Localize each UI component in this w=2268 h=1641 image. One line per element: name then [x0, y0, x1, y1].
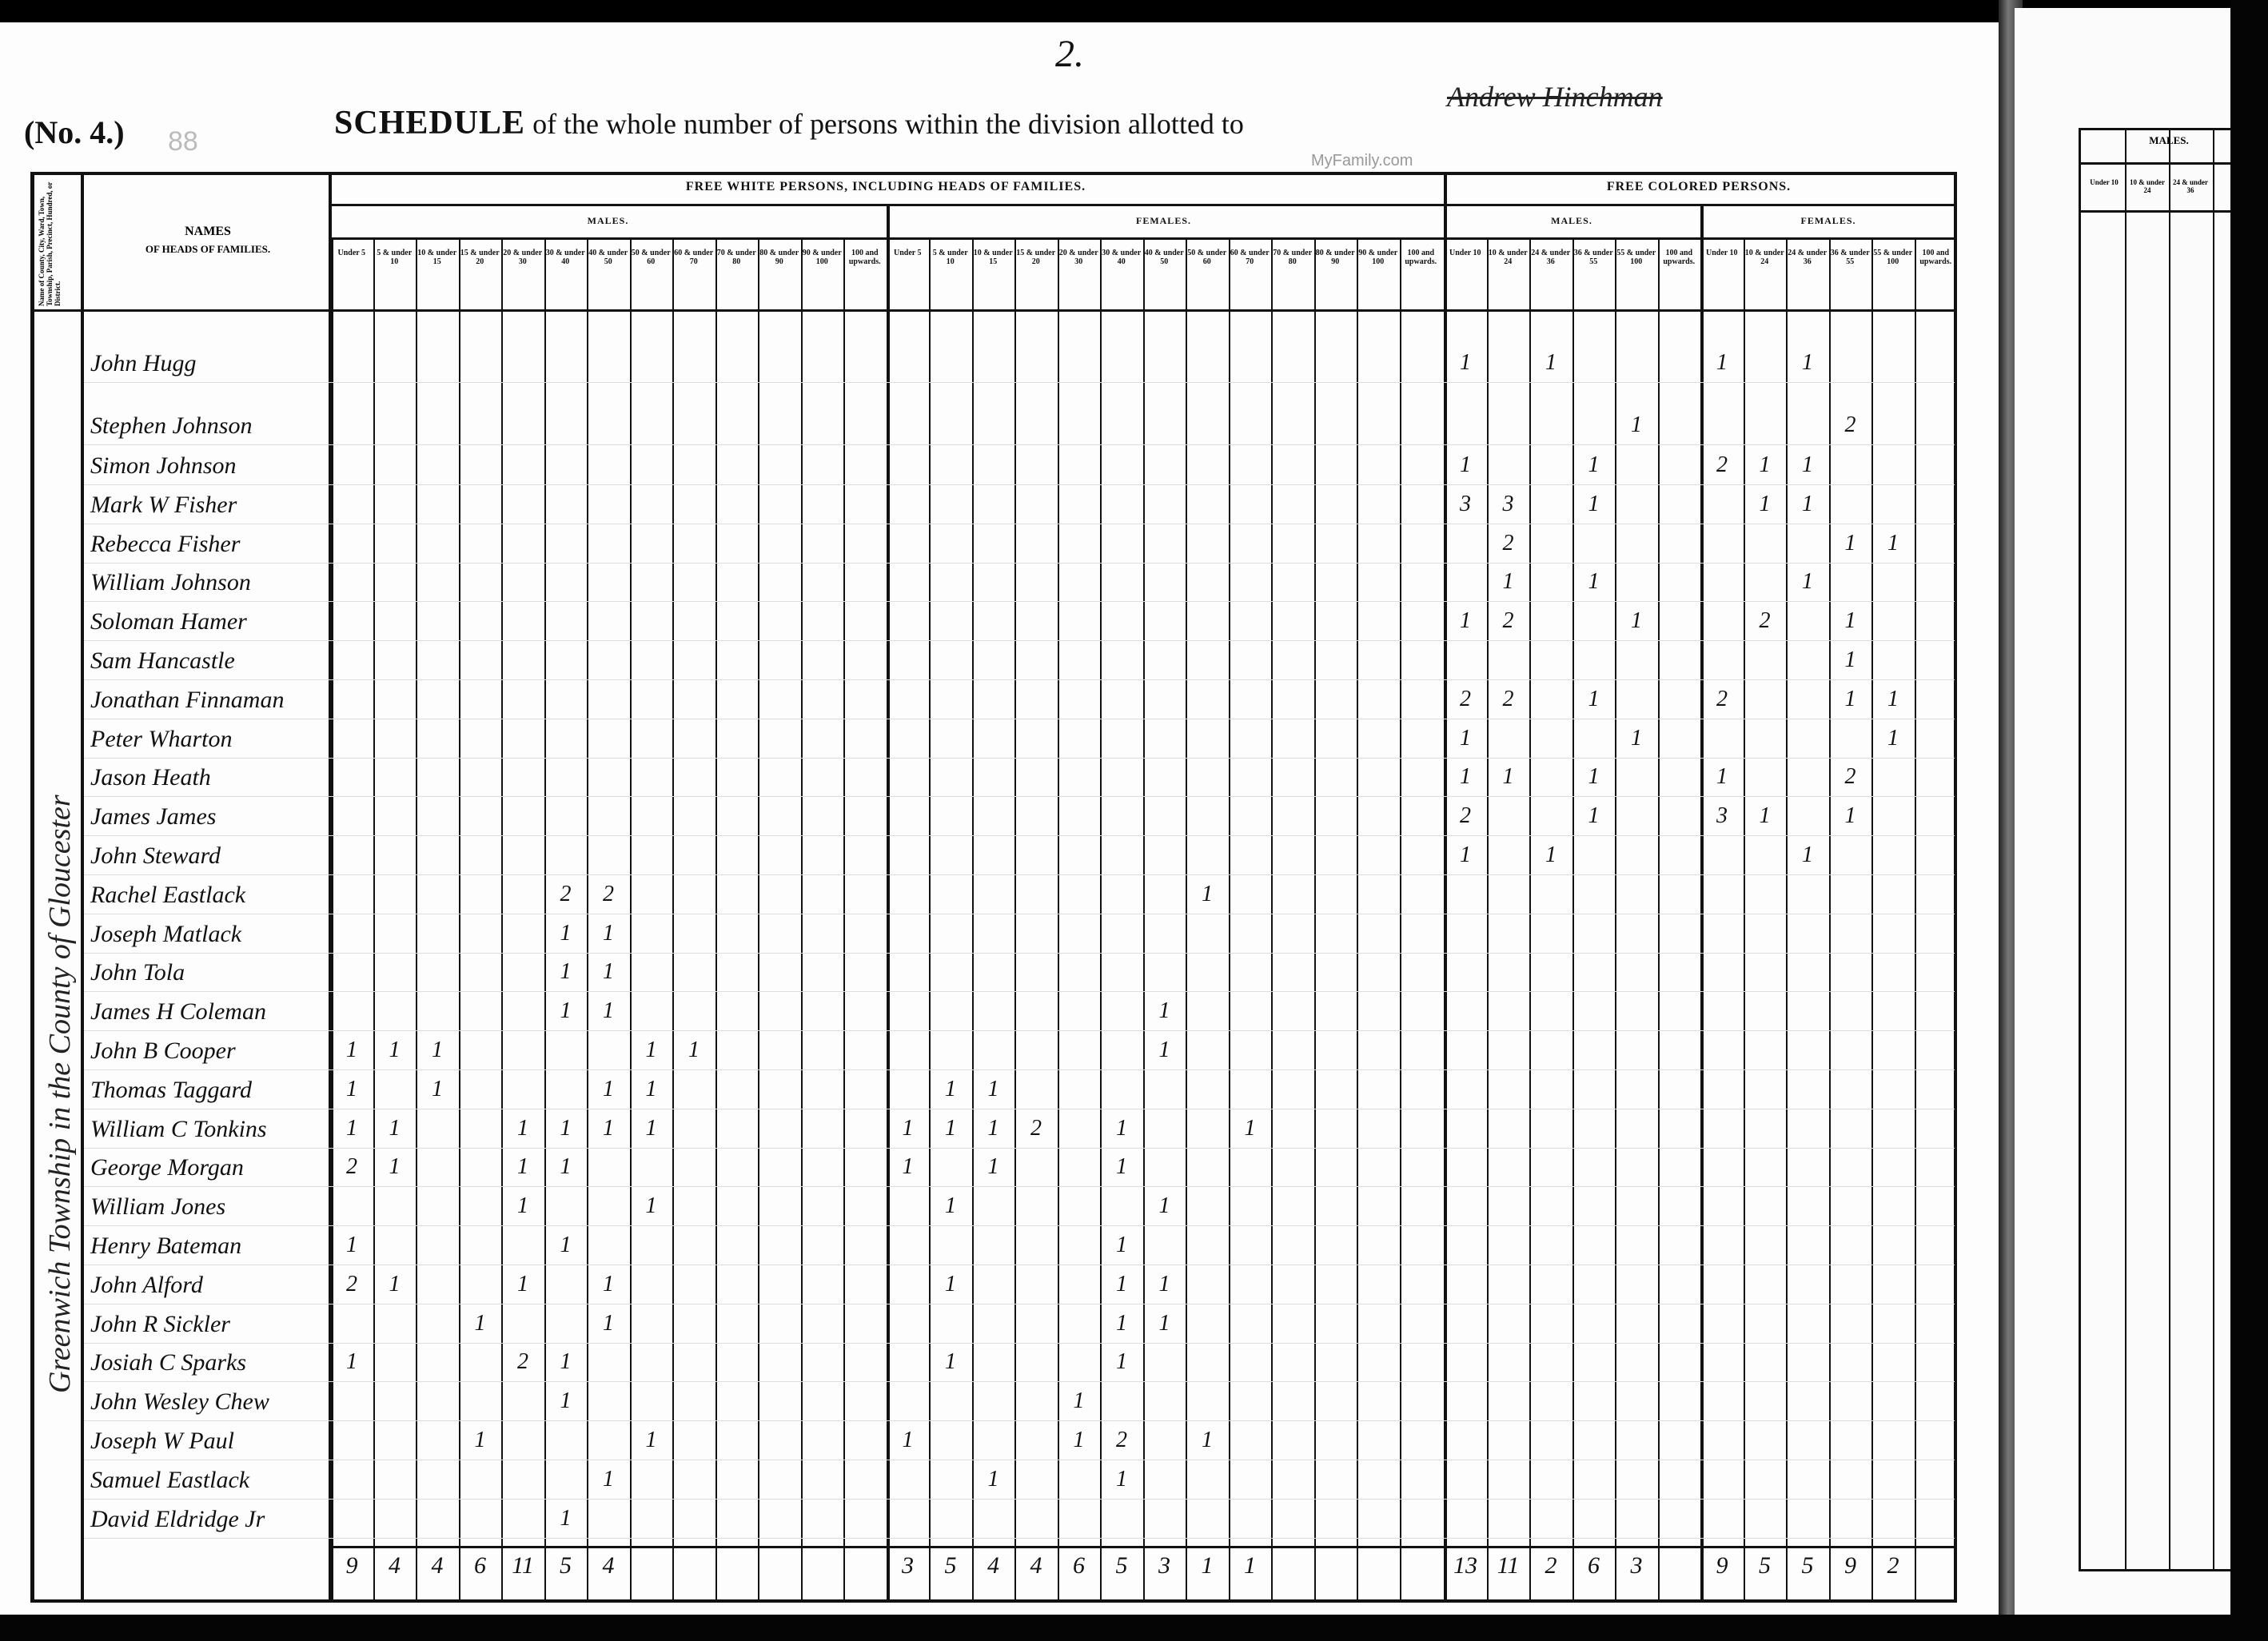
age-column-header: 100 and upwards. [1401, 249, 1441, 266]
column-line [672, 237, 674, 1599]
column-line [1314, 237, 1316, 1599]
free-colored-header: FREE COLORED PERSONS. [1443, 180, 1955, 194]
tally-cell: 1 [1145, 1193, 1185, 1219]
head-of-family-name: Joseph Matlack [90, 921, 241, 948]
colored-females-header: FEMALES. [1700, 215, 1956, 227]
tally-cell: 2 [1831, 412, 1871, 438]
tally-cell: 2 [1016, 1116, 1056, 1141]
tally-cell: 1 [546, 959, 586, 985]
tally-cell: 1 [1445, 842, 1485, 868]
tally-cell: 1 [546, 1388, 586, 1414]
tally-cell: 1 [632, 1116, 672, 1141]
age-column-header: 80 & under 90 [1316, 249, 1356, 266]
tally-cell: 1 [1831, 531, 1871, 556]
age-column-header: 5 & under 10 [375, 249, 415, 266]
row-rule [84, 640, 1955, 641]
tally-cell: 1 [632, 1077, 672, 1102]
tally-cell: 1 [1745, 492, 1785, 517]
column-line [758, 237, 759, 1599]
tally-cell: 1 [1059, 1428, 1099, 1453]
tally-cell: 1 [1702, 350, 1742, 376]
head-of-family-name: William C Tonkins [90, 1116, 267, 1143]
age-column-header: Under 10 [1445, 249, 1485, 257]
age-column-header: 10 & under 15 [417, 249, 457, 266]
census-table: Name of County, City, Ward, Town, Townsh… [30, 172, 1957, 1603]
column-total: 6 [1574, 1552, 1614, 1579]
tally-cell: 1 [332, 1038, 372, 1063]
head-of-family-name: William Jones [90, 1193, 225, 1221]
age-column-header: 90 & under 100 [803, 249, 843, 266]
column-total: 5 [1788, 1552, 1828, 1579]
column-total: 1 [1230, 1552, 1270, 1579]
head-of-family-name: John R Sickler [90, 1311, 230, 1338]
tally-cell: 1 [1873, 531, 1913, 556]
row-rule [84, 874, 1955, 875]
column-line [416, 237, 417, 1599]
tally-cell: 1 [931, 1272, 971, 1297]
tally-cell: 1 [503, 1193, 543, 1219]
tally-cell: 1 [588, 1272, 628, 1297]
column-total: 4 [588, 1552, 628, 1579]
age-column-header: 80 & under 90 [759, 249, 799, 266]
row-rule [84, 1265, 1955, 1265]
age-column-header: 70 & under 80 [717, 249, 757, 266]
column-total: 4 [375, 1552, 415, 1579]
column-line [801, 237, 803, 1599]
tally-cell: 1 [417, 1038, 457, 1063]
tally-cell: 1 [888, 1116, 928, 1141]
tally-cell: 1 [332, 1077, 372, 1102]
tally-cell: 1 [1531, 350, 1571, 376]
row-rule [84, 796, 1955, 797]
row-rule [84, 1225, 1955, 1226]
column-total: 6 [1059, 1552, 1099, 1579]
tally-cell: 2 [1745, 608, 1785, 634]
adjacent-col-0: Under 10 [2084, 178, 2124, 186]
tally-cell: 1 [974, 1116, 1014, 1141]
head-of-family-name: Soloman Hamer [90, 608, 247, 635]
tally-cell: 1 [588, 1467, 628, 1492]
head-of-family-name: Rebecca Fisher [90, 531, 240, 558]
tally-cell: 1 [1445, 350, 1485, 376]
column-total: 3 [888, 1552, 928, 1579]
tally-cell: 1 [417, 1077, 457, 1102]
tally-cell: 1 [931, 1349, 971, 1375]
row-rule [84, 484, 1955, 485]
header-bottom-rule [34, 309, 1957, 312]
row-rule [84, 563, 1955, 564]
age-column-header: 100 and upwards. [845, 249, 885, 266]
tally-cell: 1 [931, 1077, 971, 1102]
age-column-header: 40 & under 50 [1145, 249, 1185, 266]
page-number: 2. [1055, 32, 1084, 76]
column-line [373, 237, 375, 1599]
age-column-header: 24 & under 36 [1531, 249, 1571, 266]
scan-border-bottom [0, 1615, 2268, 1641]
locality-column-header: Name of County, City, Ward, Town, Townsh… [38, 178, 79, 306]
tally-cell: 1 [888, 1428, 928, 1453]
age-column-header: 15 & under 20 [1016, 249, 1056, 266]
tally-cell: 1 [1873, 687, 1913, 712]
head-of-family-name: James H Coleman [90, 998, 266, 1026]
head-of-family-name: John Wesley Chew [90, 1388, 269, 1416]
tally-cell: 1 [1574, 764, 1614, 790]
free-white-header: FREE WHITE PERSONS, INCLUDING HEADS OF F… [330, 180, 1441, 194]
row-rule [84, 382, 1955, 383]
age-column-header: 50 & under 60 [632, 249, 672, 266]
tally-cell: 2 [1102, 1428, 1142, 1453]
tally-cell: 1 [1831, 608, 1871, 634]
row-rule [84, 758, 1955, 759]
row-rule [84, 1030, 1955, 1031]
tally-cell: 1 [503, 1154, 543, 1180]
tally-cell: 2 [332, 1154, 372, 1180]
age-column-header: 90 & under 100 [1358, 249, 1398, 266]
age-column-header: 20 & under 30 [1059, 249, 1099, 266]
tally-cell: 1 [1574, 492, 1614, 517]
age-column-header: 36 & under 55 [1574, 249, 1614, 266]
row-rule [84, 835, 1955, 836]
column-line [1529, 237, 1531, 1599]
column-line [843, 237, 845, 1599]
tally-cell: 1 [1102, 1116, 1142, 1141]
head-of-family-name: John Alford [90, 1272, 203, 1299]
age-column-header: 10 & under 15 [974, 249, 1014, 266]
column-total: 5 [931, 1552, 971, 1579]
names-header-line1: NAMES [84, 223, 332, 241]
tally-cell: 1 [332, 1116, 372, 1141]
head-of-family-name: Mark W Fisher [90, 492, 237, 519]
age-column-header: 10 & under 24 [1489, 249, 1529, 266]
tally-cell: 1 [546, 1233, 586, 1258]
tally-cell: 2 [1445, 687, 1485, 712]
tally-cell: 1 [375, 1038, 415, 1063]
head-of-family-name: Stephen Johnson [90, 412, 252, 440]
column-total: 4 [1016, 1552, 1056, 1579]
tally-cell: 1 [375, 1154, 415, 1180]
tally-cell: 1 [1616, 608, 1656, 634]
column-line [2213, 130, 2214, 1569]
age-column-header: 55 & under 100 [1616, 249, 1656, 266]
row-rule [84, 1499, 1955, 1500]
tally-cell: 1 [1702, 764, 1742, 790]
age-column-header: 50 & under 60 [1187, 249, 1227, 266]
age-column-header: Under 5 [332, 249, 372, 257]
tally-cell: 1 [1145, 1038, 1185, 1063]
form-number: (No. 4.) [24, 114, 125, 151]
tally-cell: 1 [1445, 764, 1485, 790]
column-total: 5 [546, 1552, 586, 1579]
head-of-family-name: Joseph W Paul [90, 1428, 234, 1455]
tally-cell: 1 [503, 1272, 543, 1297]
row-rule [84, 1109, 1955, 1109]
column-total: 5 [1102, 1552, 1142, 1579]
column-line [1615, 237, 1616, 1599]
tally-cell: 2 [332, 1272, 372, 1297]
tally-cell: 1 [1873, 726, 1913, 751]
adjacent-page: MALES. Under 10 10 & under 24 24 & under… [2015, 8, 2246, 1631]
tally-cell: 1 [974, 1077, 1014, 1102]
column-line [1572, 237, 1574, 1599]
tally-cell: 2 [1489, 531, 1529, 556]
age-column-header: 24 & under 36 [1788, 249, 1828, 266]
column-line [1186, 237, 1187, 1599]
tally-cell: 1 [588, 1311, 628, 1336]
row-rule [84, 719, 1955, 719]
tally-cell: 1 [1831, 647, 1871, 673]
tally-cell: 1 [1230, 1116, 1270, 1141]
tally-cell: 1 [1145, 1311, 1185, 1336]
tally-cell: 1 [546, 921, 586, 946]
row-rule [84, 1538, 1955, 1539]
row-rule [84, 444, 1955, 445]
tally-cell: 3 [1489, 492, 1529, 517]
head-of-family-name: John Tola [90, 959, 185, 986]
column-total: 11 [503, 1552, 543, 1579]
column-line [1229, 237, 1230, 1599]
tally-cell: 1 [588, 1116, 628, 1141]
head-of-family-name: Jason Heath [90, 764, 211, 791]
tally-cell: 1 [1489, 569, 1529, 595]
tally-cell: 1 [588, 998, 628, 1024]
head-of-family-name: William Johnson [90, 569, 251, 596]
row-rule [84, 953, 1955, 954]
tally-cell: 1 [1531, 842, 1571, 868]
tally-cell: 1 [888, 1154, 928, 1180]
totals-rule [330, 1546, 1957, 1548]
head-of-family-name: Henry Bateman [90, 1233, 241, 1260]
tally-cell: 1 [1745, 452, 1785, 478]
column-total: 11 [1489, 1552, 1529, 1579]
tally-cell: 2 [1831, 764, 1871, 790]
tally-cell: 2 [546, 882, 586, 907]
tally-cell: 1 [546, 1116, 586, 1141]
schedule-title-bold: SCHEDULE [334, 105, 525, 141]
column-line [1658, 237, 1660, 1599]
tally-cell: 1 [632, 1193, 672, 1219]
tally-cell: 1 [1574, 803, 1614, 829]
adjacent-col-2: 24 & under 36 [2170, 178, 2210, 194]
column-total: 2 [1873, 1552, 1913, 1579]
tally-cell: 3 [1702, 803, 1742, 829]
tally-cell: 1 [332, 1349, 372, 1375]
adjacent-col-1: 10 & under 24 [2127, 178, 2167, 194]
column-total: 9 [1831, 1552, 1871, 1579]
column-line [501, 237, 503, 1599]
age-column-header: 15 & under 20 [460, 249, 500, 266]
names-header-line2: OF HEADS OF FAMILIES. [84, 241, 332, 258]
tally-cell: 1 [588, 959, 628, 985]
column-line [2125, 130, 2126, 1569]
tally-cell: 1 [1445, 726, 1485, 751]
column-total: 3 [1616, 1552, 1656, 1579]
age-column-header: 30 & under 40 [546, 249, 586, 266]
tally-cell: 2 [1489, 687, 1529, 712]
tally-cell: 1 [1102, 1154, 1142, 1180]
age-column-header: 20 & under 30 [503, 249, 543, 266]
age-column-header: 100 and upwards. [1660, 249, 1700, 266]
tally-cell: 1 [460, 1428, 500, 1453]
row-rule [84, 1343, 1955, 1344]
tally-cell: 1 [375, 1116, 415, 1141]
head-of-family-name: Rachel Eastlack [90, 882, 245, 909]
column-total: 4 [417, 1552, 457, 1579]
tally-cell: 1 [588, 1077, 628, 1102]
tally-cell: 1 [1745, 803, 1785, 829]
tally-cell: 1 [1616, 726, 1656, 751]
column-line [1357, 237, 1358, 1599]
tally-cell: 1 [546, 998, 586, 1024]
tally-cell: 1 [1574, 687, 1614, 712]
row-rule [84, 1381, 1955, 1382]
column-total: 13 [1445, 1552, 1485, 1579]
age-column-header: 30 & under 40 [1102, 249, 1142, 266]
row-rule [84, 1304, 1955, 1304]
column-line [1915, 237, 1916, 1599]
tally-cell: 1 [1788, 452, 1828, 478]
row-rule [84, 524, 1955, 524]
tally-cell: 1 [1059, 1388, 1099, 1414]
column-total: 1 [1187, 1552, 1227, 1579]
tally-cell: 1 [1102, 1467, 1142, 1492]
column-line [1700, 204, 1704, 1599]
column-line [1014, 237, 1016, 1599]
tally-cell: 1 [1831, 803, 1871, 829]
row-rule [84, 1186, 1955, 1187]
tally-cell: 1 [588, 921, 628, 946]
age-column-header: 60 & under 70 [674, 249, 714, 266]
tally-cell: 1 [1102, 1233, 1142, 1258]
column-line [1143, 237, 1145, 1599]
row-rule [84, 1460, 1955, 1460]
column-line [1829, 237, 1831, 1599]
tally-cell: 1 [546, 1349, 586, 1375]
tally-cell: 1 [1102, 1272, 1142, 1297]
row-rule [84, 679, 1955, 680]
column-line [459, 237, 460, 1599]
tally-cell: 2 [503, 1349, 543, 1375]
divider [330, 204, 1957, 206]
tally-cell: 1 [1489, 764, 1529, 790]
row-rule [84, 1148, 1955, 1149]
tally-cell: 1 [1788, 492, 1828, 517]
age-column-header: Under 5 [888, 249, 928, 257]
tally-cell: 1 [1145, 1272, 1185, 1297]
column-total: 3 [1145, 1552, 1185, 1579]
column-line [972, 237, 974, 1599]
age-column-header: Under 10 [1702, 249, 1742, 257]
row-rule [84, 1420, 1955, 1421]
column-line [1100, 237, 1102, 1599]
head-of-family-name: David Eldridge Jr [90, 1506, 265, 1533]
column-line [887, 204, 890, 1599]
column-line [1786, 237, 1788, 1599]
tally-cell: 1 [1102, 1349, 1142, 1375]
tally-cell: 1 [460, 1311, 500, 1336]
age-column-header: 100 and upwards. [1916, 249, 1956, 266]
column-line [1744, 237, 1745, 1599]
age-column-header: 5 & under 10 [931, 249, 971, 266]
age-column-header: 36 & under 55 [1831, 249, 1871, 266]
head-of-family-name: George Morgan [90, 1154, 244, 1181]
tally-cell: 1 [1788, 569, 1828, 595]
tally-cell: 1 [632, 1428, 672, 1453]
column-line [630, 237, 632, 1599]
column-line [330, 237, 333, 1599]
column-line [715, 237, 717, 1599]
tally-cell: 1 [632, 1038, 672, 1063]
head-of-family-name: Sam Hancastle [90, 647, 235, 675]
tally-cell: 2 [1702, 452, 1742, 478]
age-column-header: 55 & under 100 [1873, 249, 1913, 266]
tally-cell: 1 [1831, 687, 1871, 712]
tally-cell: 1 [1187, 1428, 1227, 1453]
column-total: 2 [1531, 1552, 1571, 1579]
faint-stamp: 88 [168, 126, 198, 157]
head-of-family-name: Thomas Taggard [90, 1077, 252, 1104]
tally-cell: 1 [546, 1154, 586, 1180]
locality-handwritten: Greenwich Township in the County of Glou… [42, 575, 78, 1614]
names-column-header: NAMES OF HEADS OF FAMILIES. [84, 223, 332, 258]
white-females-header: FEMALES. [886, 215, 1441, 227]
white-males-header: MALES. [330, 215, 886, 227]
age-column-header: 70 & under 80 [1273, 249, 1313, 266]
schedule-title-rest: of the whole number of persons within th… [525, 108, 1244, 140]
tally-cell: 1 [332, 1233, 372, 1258]
head-of-family-name: Josiah C Sparks [90, 1349, 246, 1376]
column-line [81, 175, 84, 1599]
head-of-family-name: James James [90, 803, 216, 830]
tally-cell: 1 [1445, 452, 1485, 478]
tally-cell: 1 [1574, 452, 1614, 478]
column-line [587, 237, 588, 1599]
tally-cell: 1 [1187, 882, 1227, 907]
schedule-title: SCHEDULE of the whole number of persons … [334, 104, 1244, 142]
column-total: 5 [1745, 1552, 1785, 1579]
tally-cell: 1 [974, 1467, 1014, 1492]
tally-cell: 1 [1102, 1311, 1142, 1336]
age-column-header: 10 & under 24 [1745, 249, 1785, 266]
column-total: 9 [332, 1552, 372, 1579]
column-total: 4 [974, 1552, 1014, 1579]
column-total: 6 [460, 1552, 500, 1579]
head-of-family-name: John Steward [90, 842, 221, 870]
tally-cell: 1 [1145, 998, 1185, 1024]
column-line [2169, 130, 2170, 1569]
tally-cell: 1 [1788, 350, 1828, 376]
tally-cell: 1 [1616, 412, 1656, 438]
column-line [929, 237, 931, 1599]
tally-cell: 1 [375, 1272, 415, 1297]
head-of-family-name: John Hugg [90, 350, 196, 377]
watermark: MyFamily.com [1311, 152, 1413, 170]
tally-cell: 2 [1489, 608, 1529, 634]
tally-cell: 2 [1445, 803, 1485, 829]
head-of-family-name: Peter Wharton [90, 726, 232, 753]
age-column-header: 60 & under 70 [1230, 249, 1270, 266]
tally-cell: 1 [503, 1116, 543, 1141]
column-line [1444, 175, 1447, 1599]
tally-cell: 1 [674, 1038, 714, 1063]
row-rule [84, 1069, 1955, 1070]
column-line [1271, 237, 1273, 1599]
tally-cell: 2 [588, 882, 628, 907]
column-line [1487, 237, 1489, 1599]
row-rule [84, 914, 1955, 914]
tally-cell: 2 [1702, 687, 1742, 712]
age-column-header: 40 & under 50 [588, 249, 628, 266]
column-line [1871, 237, 1873, 1599]
